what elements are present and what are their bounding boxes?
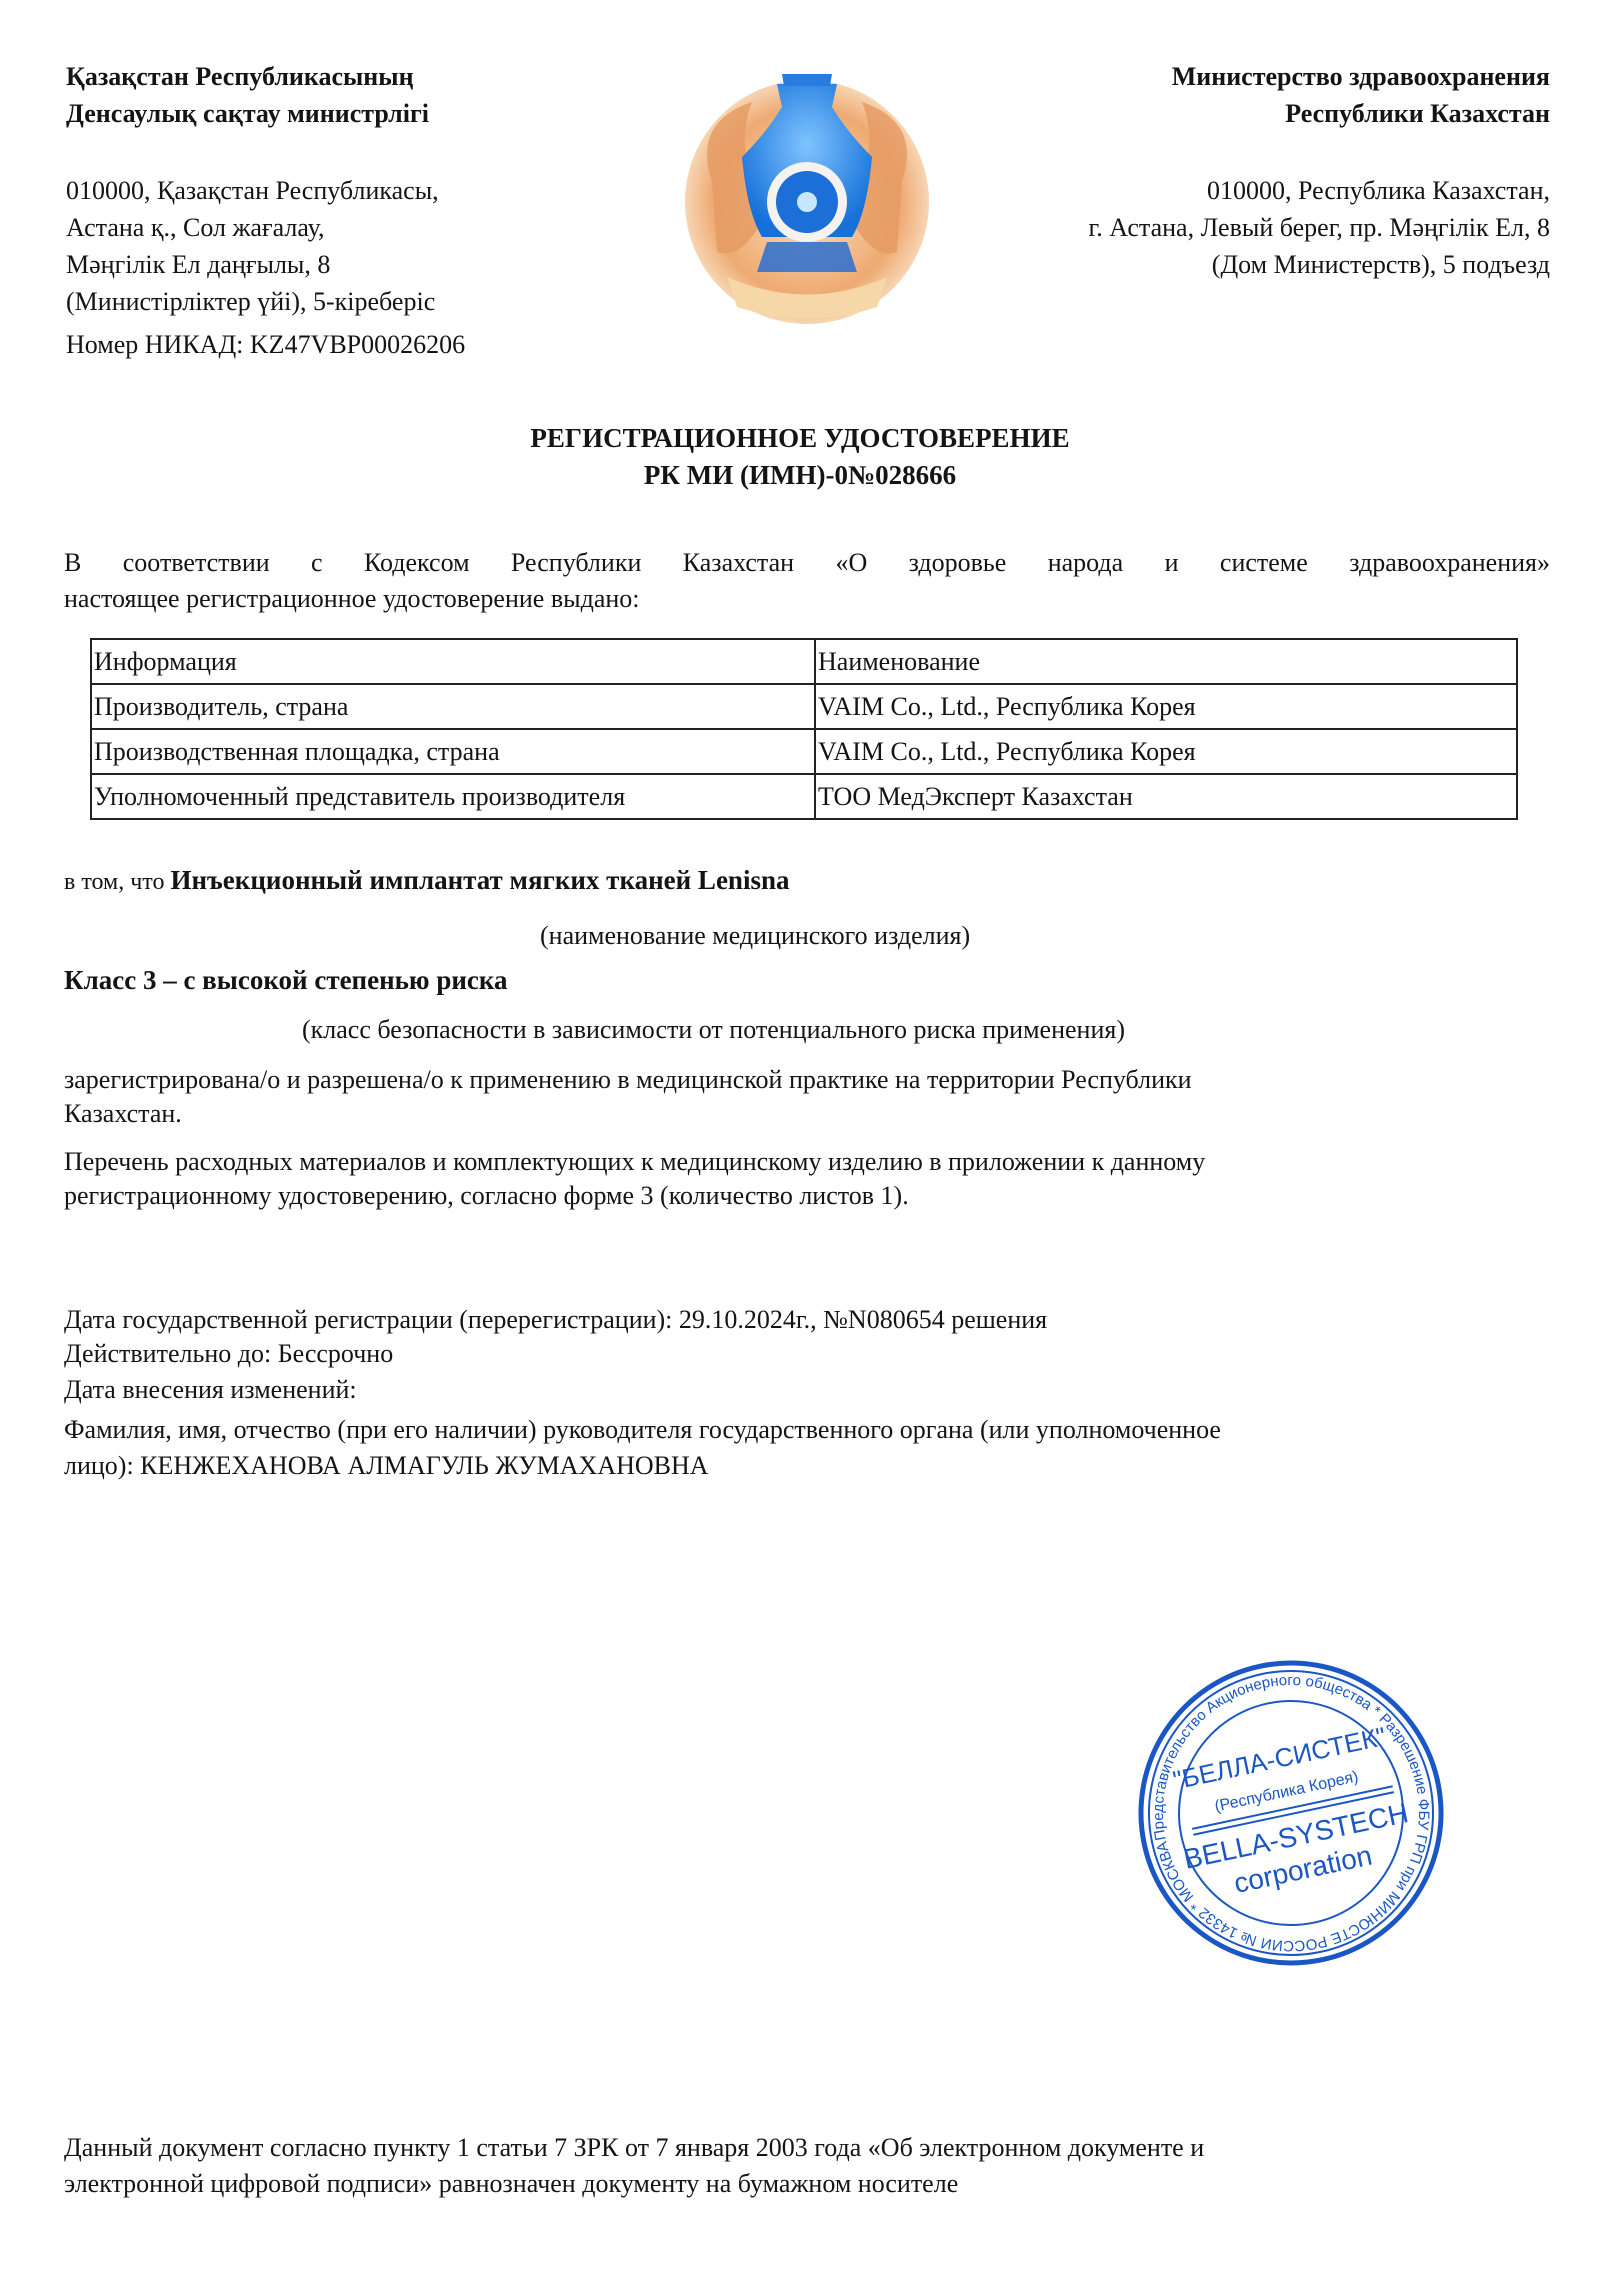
ministry-name-kz: Қазақстан Республикасының Денсаулық сақт… bbox=[66, 58, 465, 132]
intro-line2: настоящее регистрационное удостоверение … bbox=[64, 581, 640, 617]
registered-line2: Казахстан. bbox=[64, 1096, 182, 1132]
address-ru-line: 010000, Республика Казахстан, bbox=[1089, 172, 1551, 209]
address-kz-line: 010000, Қазақстан Республикасы, bbox=[66, 172, 465, 209]
table-cell: Уполномоченный представитель производите… bbox=[91, 774, 815, 819]
risk-caption: (класс безопасности в зависимости от пот… bbox=[302, 1012, 1125, 1048]
valid-until: Действительно до: Бессрочно bbox=[64, 1336, 393, 1372]
product-prefix: в том, что bbox=[64, 869, 170, 895]
product-line: в том, что Инъекционный имплантат мягких… bbox=[64, 862, 789, 900]
head-name-line1: Фамилия, имя, отчество (при его наличии)… bbox=[64, 1412, 1221, 1448]
footer-line1: Данный документ согласно пункту 1 статьи… bbox=[64, 2130, 1204, 2166]
company-stamp-icon: Представительство Акционерного общества … bbox=[1116, 1648, 1466, 1978]
certificate-title: РЕГИСТРАЦИОННОЕ УДОСТОВЕРЕНИЕ bbox=[0, 420, 1600, 457]
ministry-name-ru-line2: Республики Казахстан bbox=[1089, 95, 1551, 132]
nikad-number: Номер НИКАД: KZ47VBP00026206 bbox=[66, 326, 465, 363]
address-kz-line: (Министірліктер үйі), 5-кіреберіс bbox=[66, 283, 465, 320]
table-cell: Производитель, страна bbox=[91, 684, 815, 729]
risk-class: Класс 3 – с высокой степенью риска bbox=[64, 962, 508, 998]
address-kz-line: Мәңгілік Ел даңғылы, 8 bbox=[66, 246, 465, 283]
table-cell: VAIM Co., Ltd., Республика Корея bbox=[815, 684, 1517, 729]
head-name-line2: лицо): КЕНЖЕХАНОВА АЛМАГУЛЬ ЖУМАХАНОВНА bbox=[64, 1448, 709, 1484]
table-row: Уполномоченный представитель производите… bbox=[91, 774, 1517, 819]
table-header-row: Информация Наименование bbox=[91, 639, 1517, 684]
table-header-cell: Наименование bbox=[815, 639, 1517, 684]
registration-info-table: Информация Наименование Производитель, с… bbox=[90, 638, 1518, 820]
ministry-name-ru-line1: Министерство здравоохранения bbox=[1089, 58, 1551, 95]
table-cell: VAIM Co., Ltd., Республика Корея bbox=[815, 729, 1517, 774]
table-row: Производственная площадка, страна VAIM C… bbox=[91, 729, 1517, 774]
product-name: Инъекционный имплантат мягких тканей Len… bbox=[170, 865, 789, 895]
registered-line1: зарегистрирована/о и разрешена/о к приме… bbox=[64, 1062, 1192, 1098]
certificate-number: РК МИ (ИМН)-0№028666 bbox=[0, 457, 1600, 494]
footer-line2: электронной цифровой подписи» равнозначе… bbox=[64, 2166, 958, 2202]
ministry-name-kz-line2: Денсаулық сақтау министрлігі bbox=[66, 95, 465, 132]
address-ru-line: (Дом Министерств), 5 подъезд bbox=[1089, 246, 1551, 283]
consumables-line2: регистрационному удостоверению, согласно… bbox=[64, 1178, 909, 1214]
header-left-kazakh: Қазақстан Республикасының Денсаулық сақт… bbox=[66, 58, 465, 363]
intro-line1: В соответствии с Кодексом Республики Каз… bbox=[64, 545, 1550, 581]
state-emblem-icon bbox=[672, 62, 942, 334]
address-kz-line: Астана қ., Сол жағалау, bbox=[66, 209, 465, 246]
table-cell: Производственная площадка, страна bbox=[91, 729, 815, 774]
table-row: Производитель, страна VAIM Co., Ltd., Ре… bbox=[91, 684, 1517, 729]
address-kz: 010000, Қазақстан Республикасы, Астана қ… bbox=[66, 172, 465, 320]
table-header-cell: Информация bbox=[91, 639, 815, 684]
address-ru-line: г. Астана, Левый берег, пр. Мәңгілік Ел,… bbox=[1089, 209, 1551, 246]
product-caption: (наименование медицинского изделия) bbox=[540, 918, 970, 954]
header-right-russian: Министерство здравоохранения Республики … bbox=[1089, 58, 1551, 283]
table-cell: ТОО МедЭксперт Казахстан bbox=[815, 774, 1517, 819]
document-title: РЕГИСТРАЦИОННОЕ УДОСТОВЕРЕНИЕ РК МИ (ИМН… bbox=[0, 420, 1600, 494]
ministry-name-ru: Министерство здравоохранения Республики … bbox=[1089, 58, 1551, 132]
ministry-name-kz-line1: Қазақстан Республикасының bbox=[66, 58, 465, 95]
consumables-line1: Перечень расходных материалов и комплект… bbox=[64, 1144, 1205, 1180]
registration-date: Дата государственной регистрации (перере… bbox=[64, 1302, 1047, 1338]
address-ru: 010000, Республика Казахстан, г. Астана,… bbox=[1089, 172, 1551, 283]
changes-date: Дата внесения изменений: bbox=[64, 1372, 357, 1408]
